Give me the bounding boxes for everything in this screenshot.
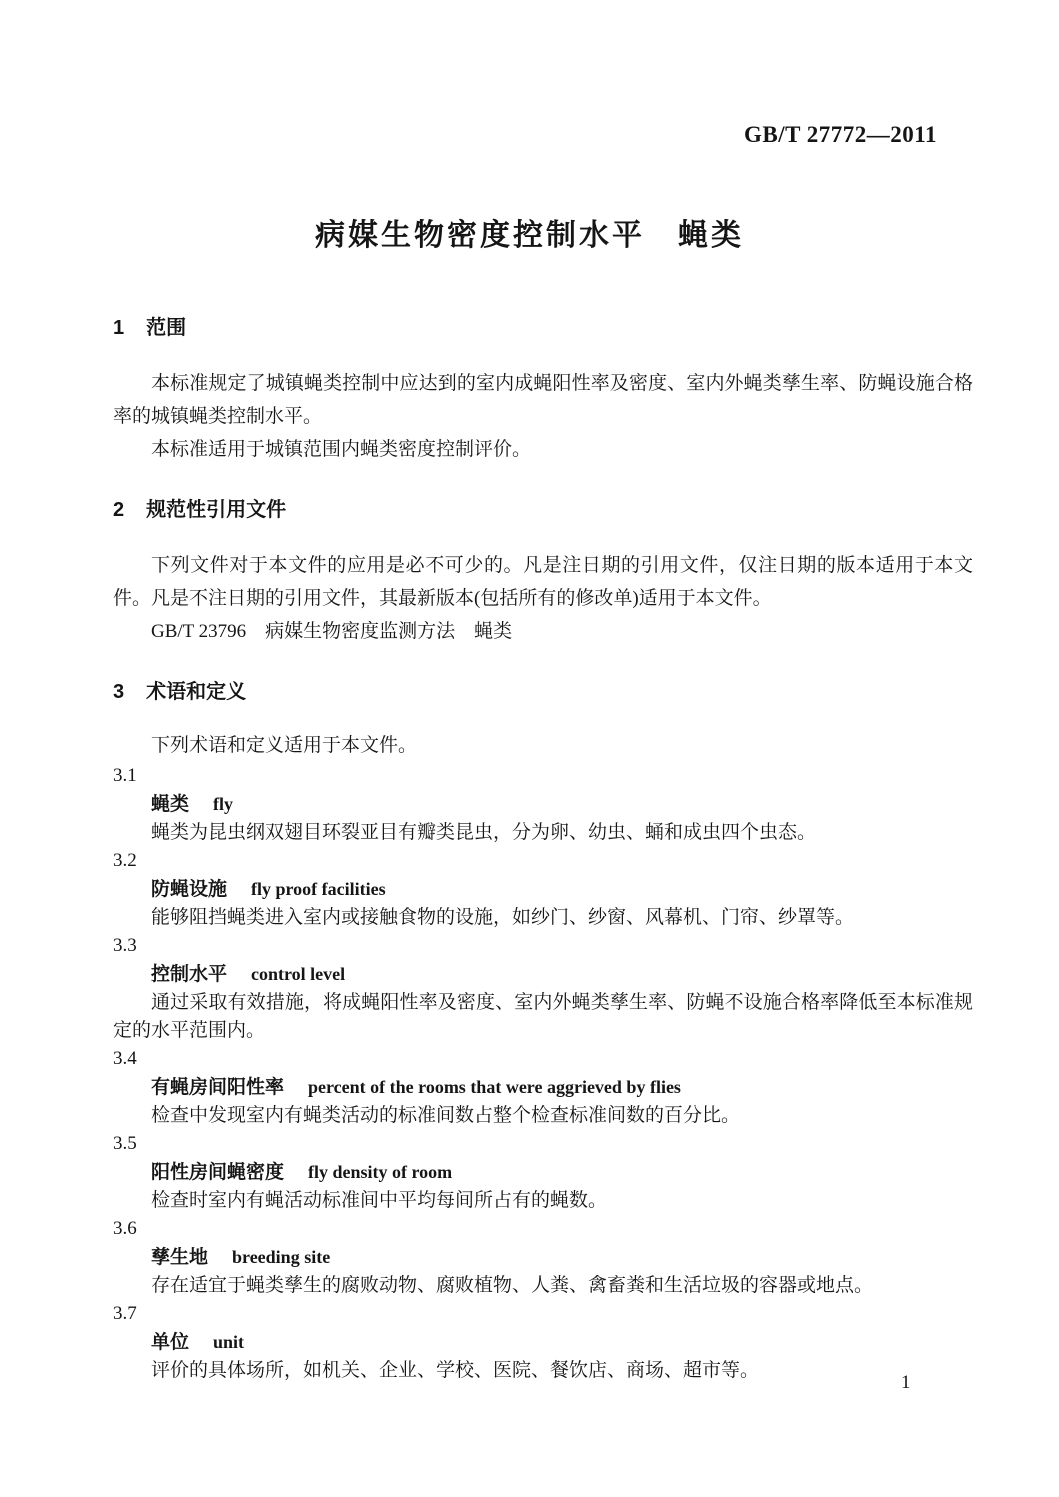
term-zh-label: 控制水平 <box>151 964 227 985</box>
section-1-paragraphs: 本标准规定了城镇蝇类控制中应达到的室内成蝇阳性率及密度、室内外蝇类孳生率、防蝇设… <box>113 367 973 466</box>
term-heading: 防蝇设施fly proof facilities <box>113 875 973 904</box>
section-1-paragraph-2: 本标准适用于城镇范围内蝇类密度控制评价。 <box>113 433 973 466</box>
term-number: 3.7 <box>113 1300 973 1328</box>
term-number: 3.5 <box>113 1130 973 1158</box>
term-en-label: breeding site <box>232 1247 330 1267</box>
section-3-title: 术语和定义 <box>146 681 246 703</box>
section-2-paragraph-1: 下列文件对于本文件的应用是必不可少的。凡是注日期的引用文件，仅注日期的版本适用于… <box>113 549 973 615</box>
term-definition: 存在适宜于蝇类孳生的腐败动物、腐败植物、人粪、禽畜粪和生活垃圾的容器或地点。 <box>113 1272 973 1300</box>
term-en-label: control level <box>251 964 345 984</box>
term-en-label: percent of the rooms that were aggrieved… <box>308 1077 681 1097</box>
term-definition: 检查中发现室内有蝇类活动的标准间数占整个检查标准间数的百分比。 <box>113 1102 973 1130</box>
term-zh-label: 阳性房间蝇密度 <box>151 1162 284 1183</box>
term-number: 3.1 <box>113 762 973 790</box>
term-zh-label: 蝇类 <box>151 794 189 815</box>
standard-number: GB/T 27772—2011 <box>744 122 937 148</box>
term-en-label: fly <box>213 794 233 814</box>
term-zh-label: 有蝇房间阳性率 <box>151 1077 284 1098</box>
term-heading: 阳性房间蝇密度fly density of room <box>113 1158 973 1187</box>
section-3-intro: 下列术语和定义适用于本文件。 <box>113 729 973 762</box>
term-en-label: unit <box>213 1332 244 1352</box>
normative-reference: GB/T 23796 病媒生物密度监测方法 蝇类 <box>113 615 973 648</box>
term-heading: 孳生地breeding site <box>113 1243 973 1272</box>
term-zh-label: 孳生地 <box>151 1247 208 1268</box>
term-heading: 蝇类fly <box>113 790 973 819</box>
term-number: 3.4 <box>113 1045 973 1073</box>
page-number: 1 <box>901 1372 911 1394</box>
section-2-number: 2 <box>113 494 124 527</box>
terms-list: 3.1 蝇类fly 蝇类为昆虫纲双翅目环裂亚目有瓣类昆虫，分为卵、幼虫、蛹和成虫… <box>113 762 973 1385</box>
term-heading: 单位unit <box>113 1328 973 1357</box>
term-heading: 有蝇房间阳性率percent of the rooms that were ag… <box>113 1073 973 1102</box>
section-2-heading: 2规范性引用文件 <box>113 494 973 527</box>
term-definition: 蝇类为昆虫纲双翅目环裂亚目有瓣类昆虫，分为卵、幼虫、蛹和成虫四个虫态。 <box>113 819 973 847</box>
term-definition: 通过采取有效措施，将成蝇阳性率及密度、室内外蝇类孳生率、防蝇不设施合格率降低至本… <box>113 989 973 1045</box>
term-en-label: fly proof facilities <box>251 879 386 899</box>
term-number: 3.3 <box>113 932 973 960</box>
term-zh-label: 防蝇设施 <box>151 879 227 900</box>
term-heading: 控制水平control level <box>113 960 973 989</box>
term-number: 3.6 <box>113 1215 973 1243</box>
section-2-title: 规范性引用文件 <box>146 499 286 521</box>
section-2-paragraphs: 下列文件对于本文件的应用是必不可少的。凡是注日期的引用文件，仅注日期的版本适用于… <box>113 549 973 648</box>
term-zh-label: 单位 <box>151 1332 189 1353</box>
section-1-title: 范围 <box>146 317 186 339</box>
section-1-number: 1 <box>113 312 124 345</box>
term-number: 3.2 <box>113 847 973 875</box>
section-1-paragraph-1: 本标准规定了城镇蝇类控制中应达到的室内成蝇阳性率及密度、室内外蝇类孳生率、防蝇设… <box>113 367 973 433</box>
section-1-heading: 1范围 <box>113 312 973 345</box>
document-page: GB/T 27772—2011 病媒生物密度控制水平 蝇类 1范围 本标准规定了… <box>0 0 1059 1497</box>
term-en-label: fly density of room <box>308 1162 452 1182</box>
document-title: 病媒生物密度控制水平 蝇类 <box>0 210 1059 254</box>
term-definition: 评价的具体场所，如机关、企业、学校、医院、餐饮店、商场、超市等。 <box>113 1357 973 1385</box>
term-definition: 能够阻挡蝇类进入室内或接触食物的设施，如纱门、纱窗、风幕机、门帘、纱罩等。 <box>113 904 973 932</box>
section-3-heading: 3术语和定义 <box>113 676 973 709</box>
document-body: 1范围 本标准规定了城镇蝇类控制中应达到的室内成蝇阳性率及密度、室内外蝇类孳生率… <box>113 312 973 1385</box>
term-definition: 检查时室内有蝇活动标准间中平均每间所占有的蝇数。 <box>113 1187 973 1215</box>
section-3-number: 3 <box>113 676 124 709</box>
